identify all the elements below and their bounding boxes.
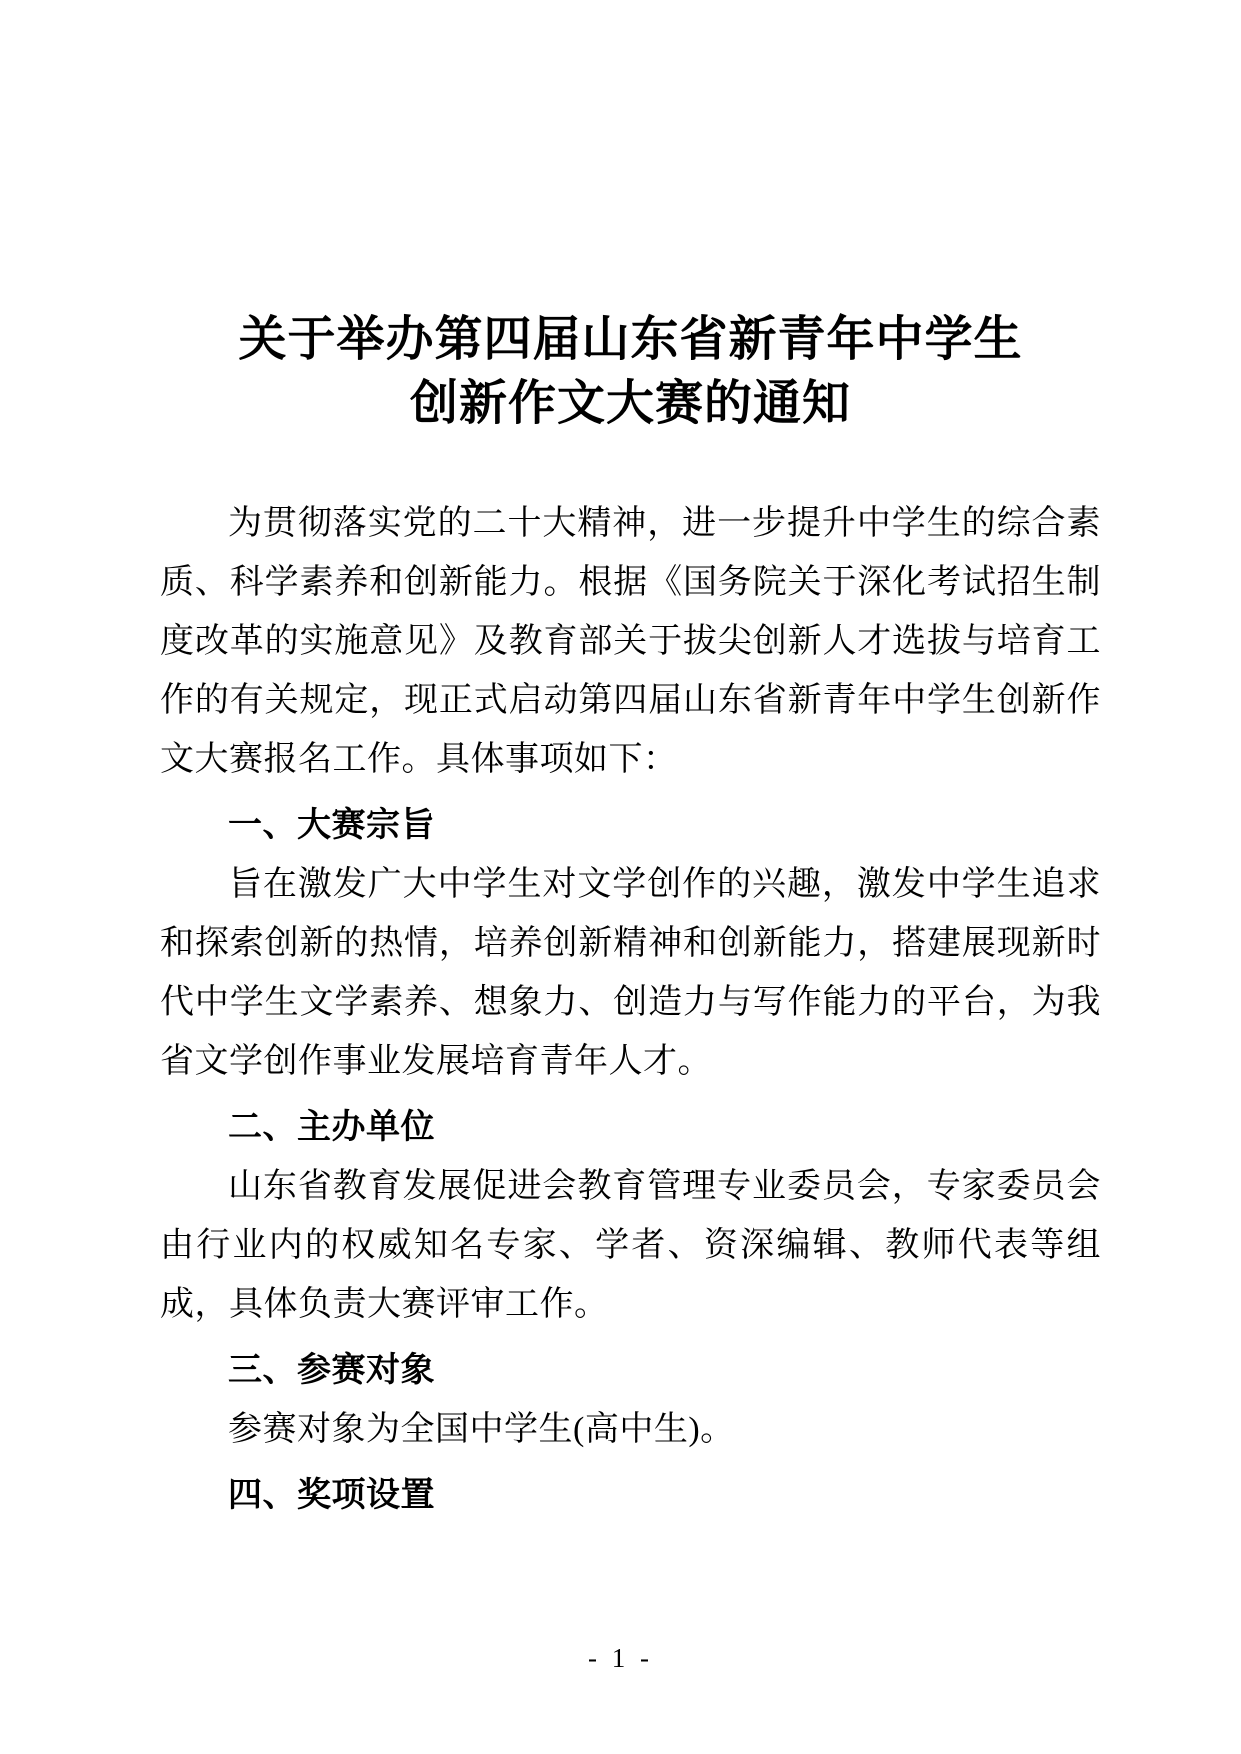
document-title: 关于举办第四届山东省新青年中学生 创新作文大赛的通知 — [160, 308, 1101, 436]
section-heading-1: 一、大赛宗旨 — [160, 796, 1101, 855]
intro-paragraph: 为贯彻落实党的二十大精神，进一步提升中学生的综合素质、科学素养和创新能力。根据《… — [160, 494, 1101, 789]
page-number: - 1 - — [0, 1642, 1241, 1674]
section-body-2: 山东省教育发展促进会教育管理专业委员会，专家委员会由行业内的权威知名专家、学者、… — [160, 1157, 1101, 1334]
document-title-line-1: 关于举办第四届山东省新青年中学生 — [238, 313, 1022, 366]
section-body-1: 旨在激发广大中学生对文学创作的兴趣，激发中学生追求和探索创新的热情，培养创新精神… — [160, 855, 1101, 1091]
section-heading-3: 三、参赛对象 — [160, 1341, 1101, 1400]
section-body-3: 参赛对象为全国中学生(高中生)。 — [160, 1400, 1101, 1459]
document-page: 关于举办第四届山东省新青年中学生 创新作文大赛的通知 为贯彻落实党的二十大精神，… — [0, 0, 1241, 1754]
document-content: 关于举办第四届山东省新青年中学生 创新作文大赛的通知 为贯彻落实党的二十大精神，… — [160, 0, 1101, 1525]
section-heading-2: 二、主办单位 — [160, 1098, 1101, 1157]
section-heading-4: 四、奖项设置 — [160, 1466, 1101, 1525]
document-title-line-2: 创新作文大赛的通知 — [410, 377, 851, 430]
